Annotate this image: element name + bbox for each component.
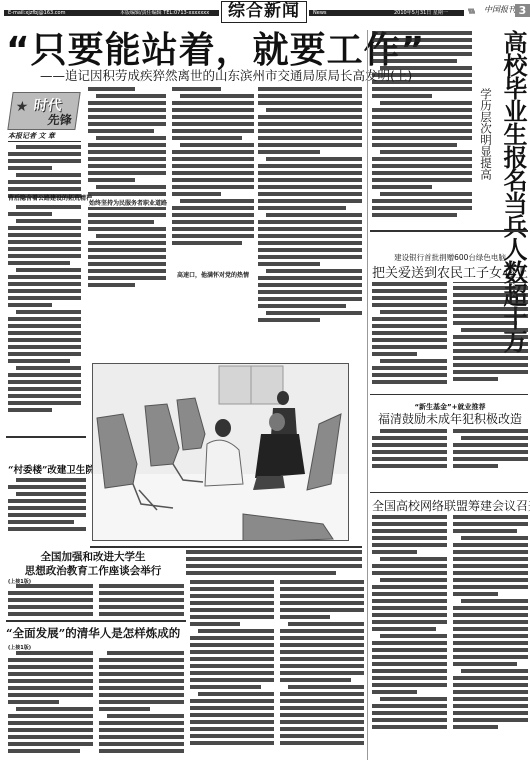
ideology-forum-headline-2: 思想政治教育工作座谈会举行: [8, 563, 178, 578]
network-alliance-headline: 全国高校网络联盟筹建会议召开: [372, 497, 528, 514]
column-logo: ★ 时代 先锋: [7, 92, 80, 130]
lead-subhead-3: 高速口，他满怀对党的热情: [172, 270, 254, 279]
byline: 本报记者 文 章: [8, 131, 55, 141]
right-top-text-col: [372, 31, 472, 221]
lead-text-col-3: [172, 87, 254, 362]
section-divider: [370, 492, 528, 493]
section-divider: [6, 436, 86, 438]
masthead-editor: 本版编辑/责任编辑 TEL:0713-xxxxxxx: [118, 9, 211, 17]
tsinghua-headline: “全面发展”的清华人是怎样炼成的: [6, 625, 188, 641]
lead-text-col-4: [258, 87, 362, 362]
section-divider: [90, 546, 362, 548]
green-computers-headline: 把关爱送到农民工子女心上: [372, 262, 528, 281]
lead-headline: “只要能站着，就要工作”: [6, 30, 366, 72]
green-computers-text: [372, 282, 528, 390]
network-alliance-text: [372, 515, 528, 760]
byline-underline: [8, 141, 81, 142]
tsinghua-dateline: (上接1版): [8, 644, 31, 651]
masthead-email: E-mail:xjzfbj@163.com: [6, 9, 67, 17]
section-divider: [370, 394, 528, 395]
star-icon: ★: [14, 99, 29, 115]
section-title: 综合新闻: [221, 1, 307, 23]
lead-continued-text: [186, 550, 362, 580]
fuqing-headline: 福清鼓励未成年犯积极改造: [372, 410, 528, 427]
lead-subheadline: ——追记因积劳成疾猝然离世的山东滨州市交通局原局长高发明(上): [40, 68, 412, 84]
right-feature-subheadline: 学历层次明显提高: [479, 88, 493, 180]
masthead-english-label: News: [311, 9, 329, 17]
tsinghua-text: [8, 651, 184, 761]
clinic-waiting-room-photo: [92, 363, 349, 541]
column-divider: [367, 30, 368, 760]
ideology-forum-text: [8, 584, 184, 618]
section-divider: [370, 230, 528, 232]
lead-text-col-2: [88, 87, 166, 362]
page-number: 3: [515, 4, 530, 17]
village-clinic-text: [8, 478, 86, 538]
hatch-decoration: \\\\\\: [468, 8, 474, 15]
village-clinic-headline: “村委楼”改建卫生院: [8, 462, 86, 476]
lead-subhead-2: 始终坚持为民服务者职业道路: [88, 198, 168, 207]
fuqing-text: [372, 429, 528, 479]
ideology-forum-headline-1: 全国加强和改进大学生: [8, 549, 178, 564]
masthead-date: 2010年5月31日 星期一: [392, 9, 450, 17]
lead-subhead-1: 背后隐含着公路建设的拓荒精神: [8, 193, 82, 202]
bottom-middle-text: [190, 580, 364, 760]
lead-text-col-1b: [8, 205, 81, 430]
newspaper-logo: 中国报刊: [484, 4, 516, 15]
photo-illustration: [93, 364, 349, 541]
section-divider: [6, 620, 186, 622]
